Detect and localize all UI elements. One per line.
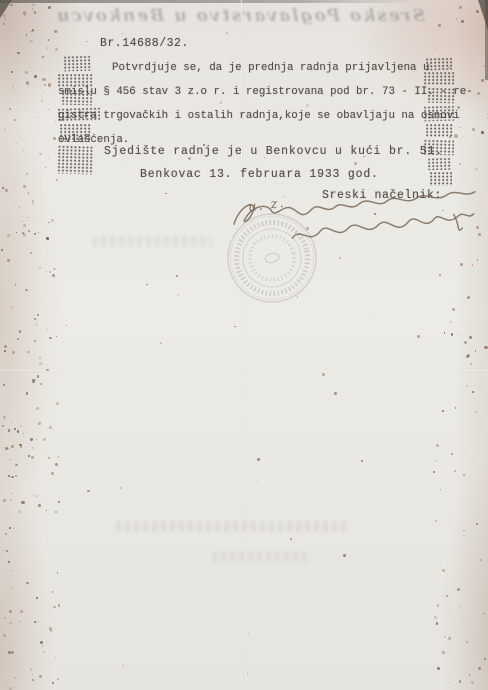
- horizontal-fold-crease: [0, 369, 488, 372]
- place-and-date-line: Benkovac 13. februara 1933 god.: [140, 168, 379, 181]
- body-line: gistra trgovačkih i ostalih radnja,koje …: [58, 104, 468, 128]
- bleed-through-letterhead: Sresko Poglavarstvo u Benkovcu: [40, 6, 440, 26]
- scanned-document-page: Sresko Poglavarstvo u Benkovcu Br.14688/…: [0, 0, 488, 690]
- certificate-body: Potvrdjuje se, da je prednja radnja prij…: [58, 56, 468, 152]
- scan-corner-top-left: [0, 0, 12, 18]
- handwritten-signature: [227, 188, 481, 259]
- bleed-through-band: [92, 236, 212, 247]
- bleed-through-band: [116, 521, 346, 532]
- body-line: Potvrdjuje se, da je prednja radnja prij…: [58, 56, 468, 80]
- body-line: smislu § 456 stav 3 z.o r. i registrovan…: [58, 80, 468, 104]
- bleed-through-band: [212, 551, 312, 562]
- seat-of-business-line: Sjedište radnje je u Benkovcu u kući br.…: [104, 145, 443, 158]
- scan-edge-top: [0, 0, 420, 3]
- reference-number: Br.14688/32.: [100, 37, 189, 50]
